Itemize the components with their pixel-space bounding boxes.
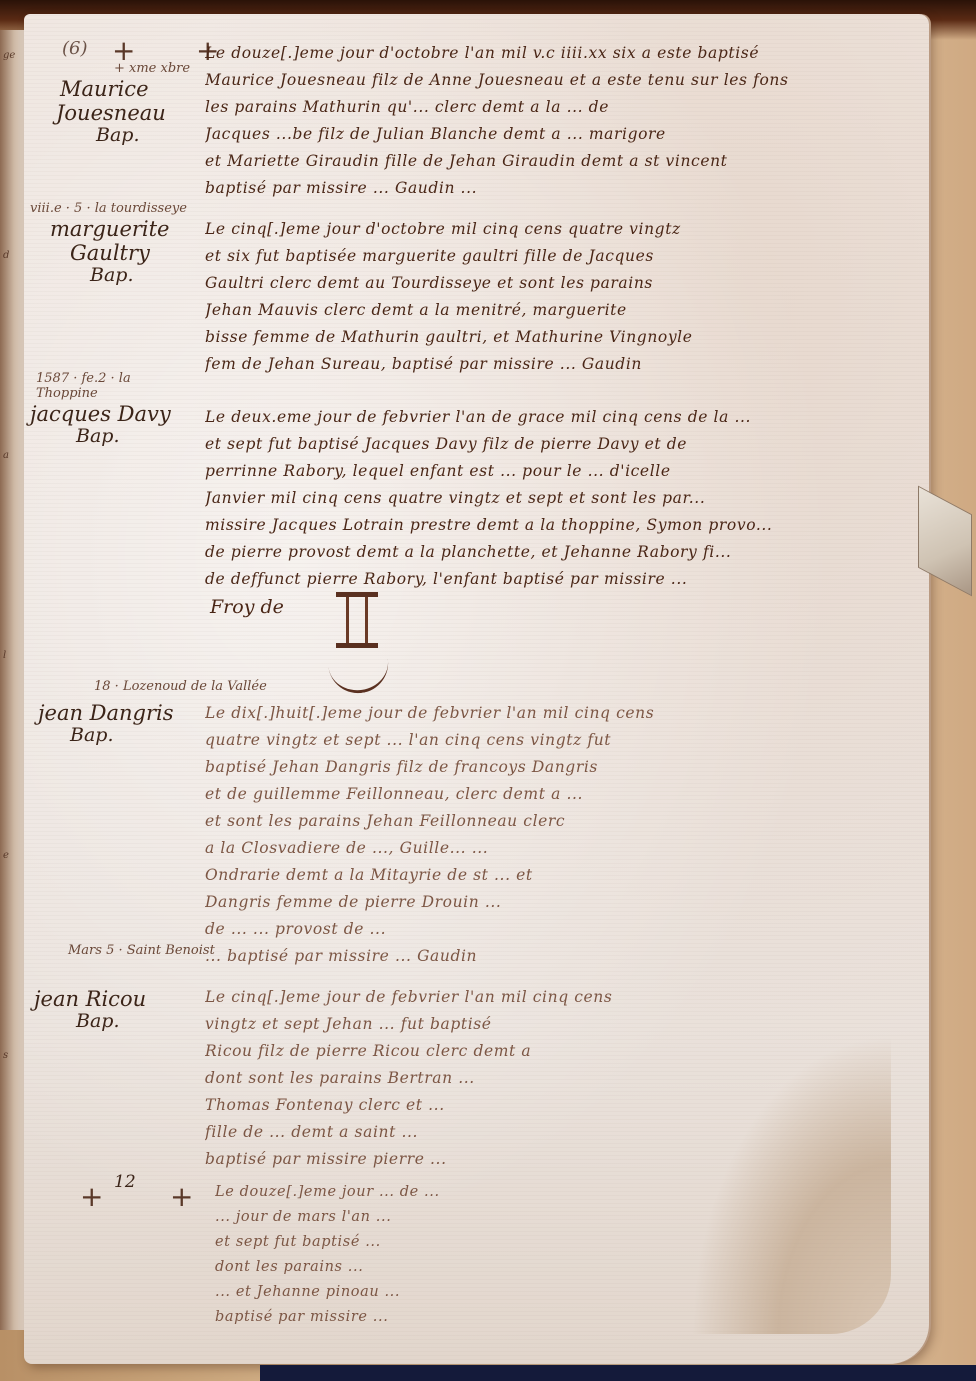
cross-mark-icon: +	[170, 1180, 193, 1213]
stub-text: e	[3, 850, 9, 861]
folio-marker: (6)	[62, 38, 88, 59]
entry-line: baptisé par missire ... Gaudin ...	[205, 175, 945, 202]
entry-line: baptisé par missire ...	[215, 1305, 735, 1330]
entry-line: et de guillemme Feillonneau, clerc demt …	[205, 781, 905, 808]
entry-line: Jehan Mauvis clerc demt a la menitré, ma…	[205, 297, 945, 324]
margin-given-name: jacques Davy	[26, 402, 176, 426]
margin-date: viii.e · 5 · la tourdisseye	[30, 202, 187, 217]
entry-line: baptisé Jehan Dangris filz de francoys D…	[205, 754, 905, 781]
entry-line: Janvier mil cinq cens quatre vingtz et s…	[205, 485, 945, 512]
register-entry-4: Le dix[.]huit[.]eme jour de febvrier l'a…	[205, 700, 905, 970]
entry-line: Gaultri clerc demt au Tourdisseye et son…	[205, 270, 945, 297]
margin-surname: Jouesneau	[56, 101, 190, 125]
entry-line: a la Closvadiere de ..., Guille... ...	[205, 835, 905, 862]
signature-text: Froy de	[210, 596, 284, 618]
entry-line: vingtz et sept Jehan ... fut baptisé	[205, 1011, 885, 1038]
margin-date: + xme xbre	[56, 62, 190, 77]
entry-line: et sept fut baptisé ...	[215, 1230, 735, 1255]
entry-line: Le cinq[.]eme jour d'octobre mil cinq ce…	[205, 216, 945, 243]
entry-line: bisse femme de Mathurin gaultri, et Math…	[205, 324, 945, 351]
register-entry-2: Le cinq[.]eme jour d'octobre mil cinq ce…	[205, 216, 945, 378]
cross-mark-icon: +	[80, 1180, 103, 1213]
entry-line: de deffunct pierre Rabory, l'enfant bapt…	[205, 566, 945, 593]
margin-date: 1587 · fe.2 · la Thoppine	[26, 372, 176, 402]
notarial-mark-icon	[336, 592, 378, 648]
bottom-edge-band	[260, 1365, 976, 1381]
register-entry-6: Le douze[.]eme jour ... de ... ... jour …	[215, 1180, 735, 1330]
margin-label: Bap.	[56, 125, 190, 147]
register-entry-1: Le douze[.]eme jour d'octobre l'an mil v…	[205, 40, 945, 202]
entry-line: Le douze[.]eme jour d'octobre l'an mil v…	[205, 40, 945, 67]
stub-text: ge	[3, 50, 15, 61]
entry-line: et six fut baptisée marguerite gaultri f…	[205, 243, 945, 270]
margin-date: 18 · Lozenoud de la Vallée	[14, 680, 274, 695]
entry-line: Le cinq[.]eme jour de febvrier l'an mil …	[205, 984, 885, 1011]
entry-line: et Mariette Giraudin fille de Jehan Gira…	[205, 148, 945, 175]
margin-note-3: 1587 · fe.2 · la Thoppine jacques Davy B…	[26, 372, 176, 448]
stub-text: s	[3, 1050, 8, 1061]
entry-line: quatre vingtz et sept ... l'an cinq cens…	[205, 727, 905, 754]
margin-note-2: viii.e · 5 · la tourdisseye marguerite G…	[30, 202, 187, 287]
entry-number: 12	[114, 1172, 136, 1192]
margin-label: Bap.	[26, 426, 176, 448]
margin-date: Mars 5 · Saint Benoist	[22, 944, 215, 959]
entry-line: dont les parains ...	[215, 1255, 735, 1280]
entry-line: Jacques ...be filz de Julian Blanche dem…	[205, 121, 945, 148]
margin-given-name: marguerite	[30, 217, 187, 241]
entry-line: Le douze[.]eme jour ... de ...	[215, 1180, 735, 1205]
entry-line: Dangris femme de pierre Drouin ...	[205, 889, 905, 916]
entry-line: de ... ... provost de ...	[205, 916, 905, 943]
stub-text: l	[3, 650, 6, 661]
entry-line: Ondrarie demt a la Mitayrie de st ... et	[205, 862, 905, 889]
margin-surname: Gaultry	[30, 241, 187, 265]
entry-line: ... baptisé par missire ... Gaudin	[205, 943, 905, 970]
entry-line: fille de ... demt a saint ...	[205, 1119, 885, 1146]
margin-given-name: Maurice	[56, 77, 190, 101]
entry-line: Le deux.eme jour de febvrier l'an de gra…	[205, 404, 945, 431]
entry-line: de pierre provost demt a la planchette, …	[205, 539, 945, 566]
margin-note-5: Mars 5 · Saint Benoist jean Ricou Bap.	[22, 944, 215, 1033]
entry-line: Thomas Fontenay clerc et ...	[205, 1092, 885, 1119]
entry-line: missire Jacques Lotrain prestre demt a l…	[205, 512, 945, 539]
entry-line: les parains Mathurin qu'... clerc demt a…	[205, 94, 945, 121]
entry-line: et sept fut baptisé Jacques Davy filz de…	[205, 431, 945, 458]
entry-line: fem de Jehan Sureau, baptisé par missire…	[205, 351, 945, 378]
entry-line: perrinne Rabory, lequel enfant est ... p…	[205, 458, 945, 485]
entry-line: Le dix[.]huit[.]eme jour de febvrier l'a…	[205, 700, 905, 727]
stub-text: a	[3, 450, 9, 461]
margin-label: Bap.	[30, 265, 187, 287]
register-entry-3: Le deux.eme jour de febvrier l'an de gra…	[205, 404, 945, 593]
entry-line: Maurice Jouesneau filz de Anne Jouesneau…	[205, 67, 945, 94]
margin-note-1: + xme xbre Maurice Jouesneau Bap.	[56, 62, 190, 147]
register-entry-5: Le cinq[.]eme jour de febvrier l'an mil …	[205, 984, 885, 1173]
stub-text: d	[3, 250, 9, 261]
entry-line: ... et Jehanne pinoau ...	[215, 1280, 735, 1305]
margin-label: Bap.	[22, 1011, 215, 1033]
entry-line: dont sont les parains Bertran ...	[205, 1065, 885, 1092]
entry-line: et sont les parains Jehan Feillonneau cl…	[205, 808, 905, 835]
margin-given-name: jean Ricou	[22, 987, 215, 1011]
entry-line: baptisé par missire pierre ...	[205, 1146, 885, 1173]
entry-line: ... jour de mars l'an ...	[215, 1205, 735, 1230]
entry-line: Ricou filz de pierre Ricou clerc demt a	[205, 1038, 885, 1065]
